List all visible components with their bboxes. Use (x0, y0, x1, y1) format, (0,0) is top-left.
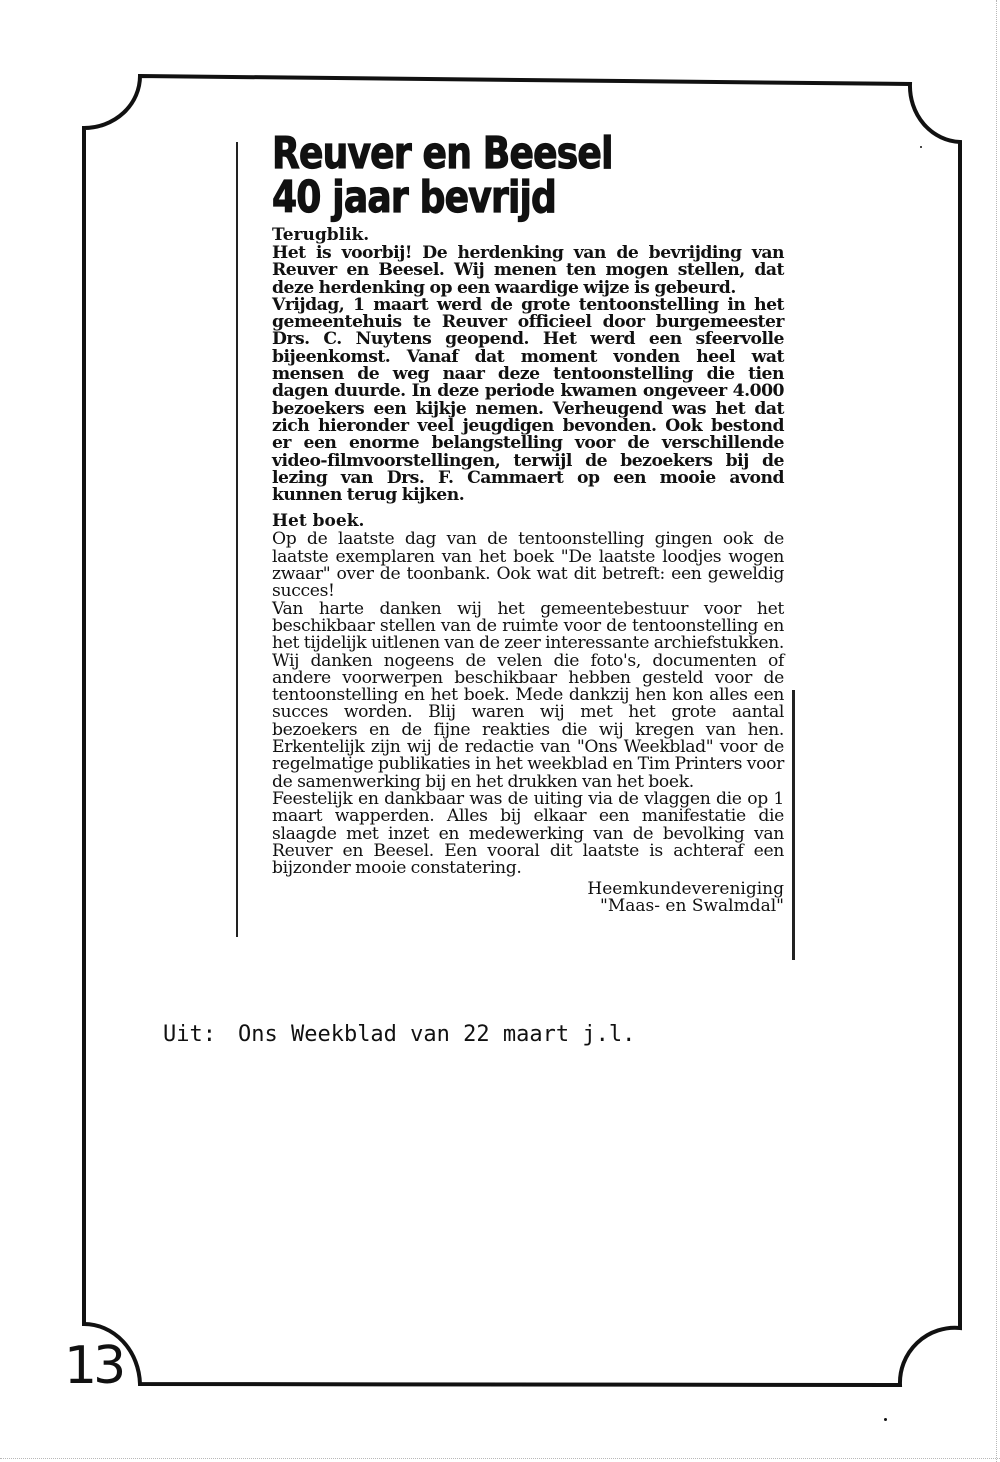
paragraph: Feestelijk en dankbaar was de uiting via… (272, 791, 784, 877)
source-text: Ons Weekblad van 22 maart j.l. (238, 1022, 635, 1047)
paragraph: Vrijdag, 1 maart werd de grote tentoonst… (272, 297, 784, 505)
scan-speck (884, 1418, 887, 1421)
paragraph: Op de laatste dag van de tentoonstelling… (272, 531, 784, 600)
headline-line-2: 40 jaar bevrijd (272, 176, 692, 220)
scan-speck (920, 146, 922, 148)
newspaper-clipping: Reuver en Beesel 40 jaar bevrijd Terugbl… (272, 132, 784, 915)
signature: Heemkundevereniging "Maas- en Swalmdal" (272, 881, 784, 915)
paragraph: Het is voorbij! De herdenking van de bev… (272, 245, 784, 297)
clipping-border-right (792, 690, 795, 960)
scan-edge-right (996, 0, 997, 1462)
paragraph: Van harte danken wij het gemeentebestuur… (272, 601, 784, 791)
clipping-border-left (236, 142, 238, 937)
page-number: 13 (64, 1336, 122, 1396)
source-label: Uit: (163, 1022, 216, 1047)
section-het-boek-body: Op de laatste dag van de tentoonstelling… (272, 531, 784, 877)
headline-line-1: Reuver en Beesel (272, 132, 692, 176)
source-citation: Uit:Ons Weekblad van 22 maart j.l. (163, 1022, 635, 1047)
section-terugblik-body: Het is voorbij! De herdenking van de bev… (272, 245, 784, 504)
scan-edge-bottom (0, 1458, 1000, 1459)
signature-organization-name: "Maas- en Swalmdal" (272, 898, 784, 915)
